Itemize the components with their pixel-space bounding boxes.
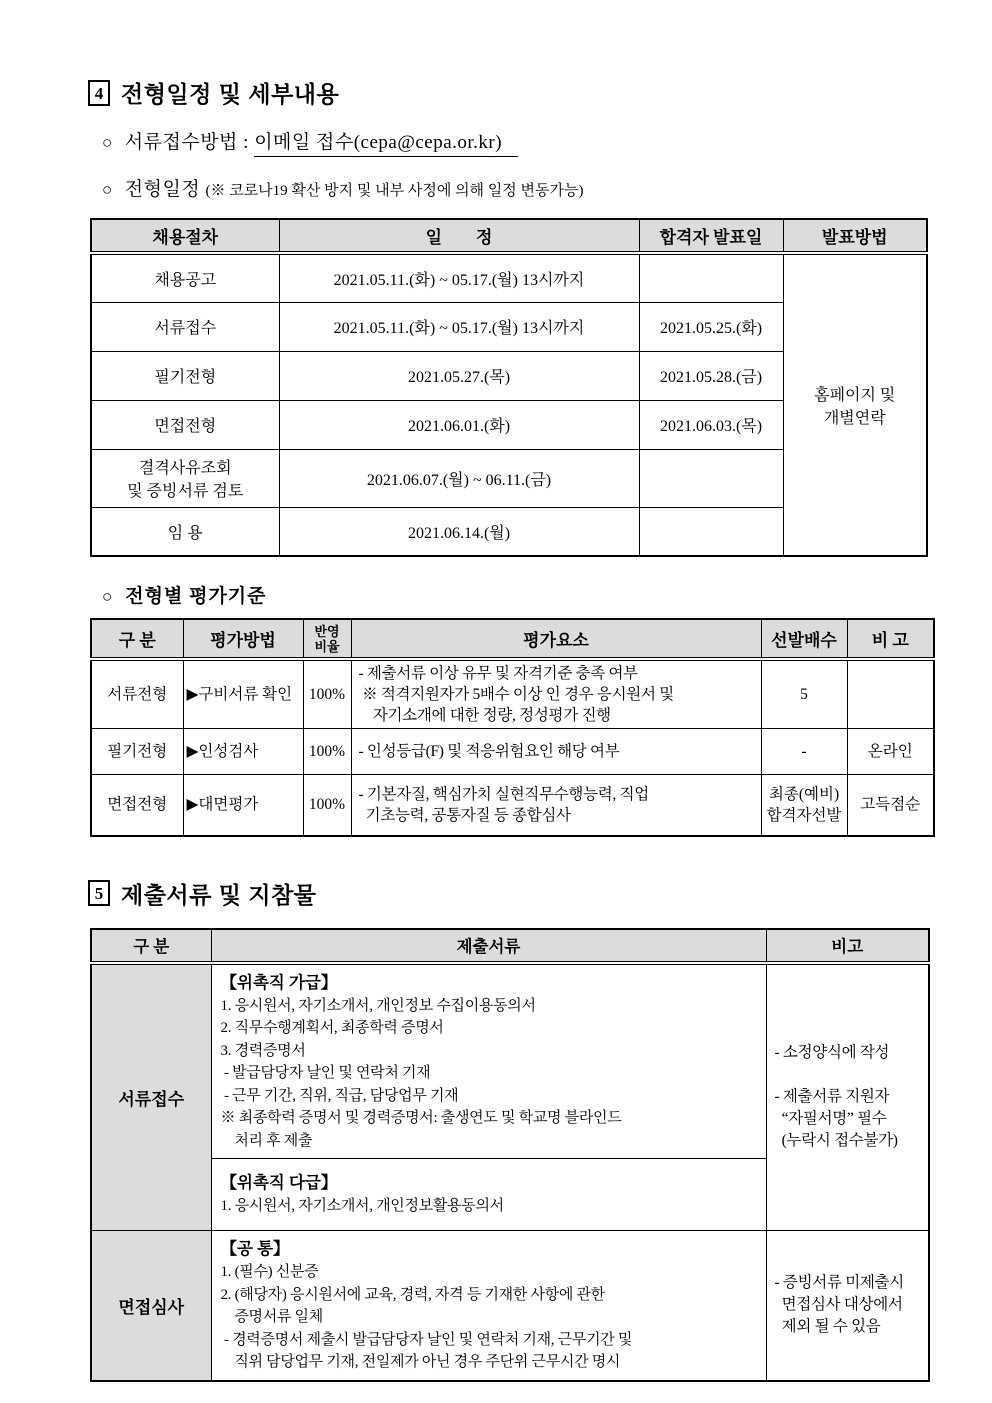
schedule-table: 채용절차 일 정 합격자 발표일 발표방법 채용공고 2021.05.11.(화… <box>90 218 928 557</box>
circle-bullet-icon: ○ <box>102 587 113 606</box>
application-method-label: 서류접수방법 : <box>125 132 254 153</box>
section-5-number-box: 5 <box>88 880 110 906</box>
schedule-announce <box>639 507 783 556</box>
criteria-elements: - 제출서류 이상 유무 및 자격기준 충족 여부 ※ 적격지원자가 5배수 이… <box>351 659 761 729</box>
section-4-number-box: 4 <box>88 80 110 106</box>
criteria-note: 고득점순 <box>847 775 934 836</box>
header-documents: 제출서류 <box>211 929 766 963</box>
submission-docs-grade-da: 【위촉직 다급】 1. 응시원서, 자기소개서, 개인정보활용동의서 <box>211 1159 766 1231</box>
table-row: 채용공고 2021.05.11.(화) ~ 05.17.(월) 13시까지 홈페… <box>91 253 927 302</box>
table-row: 면접심사 【공 통】 1. (필수) 신분증 2. (해당자) 응시원서에 교육… <box>91 1231 929 1381</box>
application-method-email: 이메일 접수(cepa@cepa.or.kr) <box>254 127 518 157</box>
criteria-ratio: 100% <box>303 775 351 836</box>
schedule-step: 채용공고 <box>91 253 279 302</box>
criteria-heading: ○전형별 평가기준 <box>102 581 992 608</box>
table-row: 서류전형 ▶구비서류 확인 100% - 제출서류 이상 유무 및 자격기준 충… <box>91 659 934 729</box>
schedule-step: 서류접수 <box>91 302 279 351</box>
application-method-line: ○서류접수방법 : 이메일 접수(cepa@cepa.or.kr) <box>102 127 992 157</box>
criteria-ratio: 100% <box>303 729 351 775</box>
schedule-announce <box>639 449 783 507</box>
section-5-heading: 5 제출서류 및 지참물 <box>88 877 992 910</box>
section-5-title: 제출서류 및 지참물 <box>121 877 317 910</box>
header-remark: 비고 <box>766 929 929 963</box>
submission-header-row: 구 분 제출서류 비고 <box>91 929 929 963</box>
header-selection-multiple: 선발배수 <box>761 619 847 659</box>
schedule-date: 2021.05.27.(목) <box>279 351 639 400</box>
criteria-method: ▶구비서류 확인 <box>183 659 303 729</box>
submission-docs-grade-ga: 【위촉직 가급】 1. 응시원서, 자기소개서, 개인정보 수집이용동의서 2.… <box>211 963 766 1159</box>
criteria-multiple: - <box>761 729 847 775</box>
schedule-announce: 2021.06.03.(목) <box>639 400 783 449</box>
criteria-ratio: 100% <box>303 659 351 729</box>
schedule-date: 2021.06.14.(월) <box>279 507 639 556</box>
section-4-title: 전형일정 및 세부내용 <box>121 76 339 109</box>
submission-note-docs: - 소정양식에 작성 - 제출서류 지원자 “자필서명” 필수 (누락시 접수불… <box>766 963 929 1231</box>
schedule-step: 면접전형 <box>91 400 279 449</box>
header-eval-method: 평가방법 <box>183 619 303 659</box>
criteria-note <box>847 659 934 729</box>
header-category: 구 분 <box>91 929 211 963</box>
criteria-multiple: 최종(예비) 합격자선발 <box>761 775 847 836</box>
schedule-step: 임 용 <box>91 507 279 556</box>
schedule-announce <box>639 253 783 302</box>
criteria-method: ▶인성검사 <box>183 729 303 775</box>
criteria-category: 서류전형 <box>91 659 183 729</box>
block-body: 1. 응시원서, 자기소개서, 개인정보활용동의서 <box>221 1195 758 1218</box>
schedule-line: ○전형일정 (※ 코로나19 확산 방지 및 내부 사정에 의해 일정 변동가능… <box>102 174 992 201</box>
schedule-header-row: 채용절차 일 정 합격자 발표일 발표방법 <box>91 219 927 253</box>
table-row: 필기전형 ▶인성검사 100% - 인성등급(F) 및 적응위험요인 해당 여부… <box>91 729 934 775</box>
criteria-table: 구 분 평가방법 반영 비율 평가요소 선발배수 비 고 서류전형 ▶구비서류 … <box>90 618 935 837</box>
header-recruit-step: 채용절차 <box>91 219 279 253</box>
criteria-elements: - 기본자질, 핵심가치 실현직무수행능력, 직업 기초능력, 공통자질 등 종… <box>351 775 761 836</box>
schedule-date: 2021.05.11.(화) ~ 05.17.(월) 13시까지 <box>279 253 639 302</box>
header-eval-elements: 평가요소 <box>351 619 761 659</box>
header-announce-date: 합격자 발표일 <box>639 219 783 253</box>
document-page: 4 전형일정 및 세부내용 ○서류접수방법 : 이메일 접수(cepa@cepa… <box>0 0 992 1403</box>
criteria-method: ▶대면평가 <box>183 775 303 836</box>
header-remark: 비 고 <box>847 619 934 659</box>
block-title: 【위촉직 가급】 <box>221 970 758 995</box>
table-row: 면접전형 ▶대면평가 100% - 기본자질, 핵심가치 실현직무수행능력, 직… <box>91 775 934 836</box>
header-announce-method: 발표방법 <box>783 219 927 253</box>
header-date: 일 정 <box>279 219 639 253</box>
section-4-heading: 4 전형일정 및 세부내용 <box>88 76 992 109</box>
block-title: 【위촉직 다급】 <box>221 1170 758 1195</box>
announce-method-cell: 홈페이지 및 개별연락 <box>783 253 927 556</box>
submission-category-docs: 서류접수 <box>91 963 211 1231</box>
submission-docs-interview: 【공 통】 1. (필수) 신분증 2. (해당자) 응시원서에 교육, 경력,… <box>211 1231 766 1381</box>
criteria-heading-text: 전형별 평가기준 <box>125 586 266 607</box>
criteria-elements: - 인성등급(F) 및 적응위험요인 해당 여부 <box>351 729 761 775</box>
header-ratio: 반영 비율 <box>303 619 351 659</box>
schedule-step: 결격사유조회 및 증빙서류 검토 <box>91 449 279 507</box>
block-body: 1. (필수) 신분증 2. (해당자) 응시원서에 교육, 경력, 자격 등 … <box>221 1261 758 1374</box>
schedule-announce: 2021.05.25.(화) <box>639 302 783 351</box>
schedule-step: 필기전형 <box>91 351 279 400</box>
schedule-covid-note: (※ 코로나19 확산 방지 및 내부 사정에 의해 일정 변동가능) <box>205 183 583 199</box>
header-category: 구 분 <box>91 619 183 659</box>
block-body: 1. 응시원서, 자기소개서, 개인정보 수집이용동의서 2. 직무수행계획서,… <box>221 995 758 1153</box>
schedule-announce: 2021.05.28.(금) <box>639 351 783 400</box>
submission-category-interview: 면접심사 <box>91 1231 211 1381</box>
submission-note-interview: - 증빙서류 미제출시 면접심사 대상에서 제외 될 수 있음 <box>766 1231 929 1381</box>
submission-table: 구 분 제출서류 비고 서류접수 【위촉직 가급】 1. 응시원서, 자기소개서… <box>90 928 930 1382</box>
criteria-category: 필기전형 <box>91 729 183 775</box>
criteria-header-row: 구 분 평가방법 반영 비율 평가요소 선발배수 비 고 <box>91 619 934 659</box>
circle-bullet-icon: ○ <box>102 133 113 152</box>
block-title: 【공 통】 <box>221 1236 758 1261</box>
circle-bullet-icon: ○ <box>102 180 113 199</box>
schedule-date: 2021.06.07.(월) ~ 06.11.(금) <box>279 449 639 507</box>
schedule-date: 2021.06.01.(화) <box>279 400 639 449</box>
schedule-label: 전형일정 <box>125 179 206 200</box>
schedule-date: 2021.05.11.(화) ~ 05.17.(월) 13시까지 <box>279 302 639 351</box>
criteria-note: 온라인 <box>847 729 934 775</box>
criteria-multiple: 5 <box>761 659 847 729</box>
table-row: 서류접수 【위촉직 가급】 1. 응시원서, 자기소개서, 개인정보 수집이용동… <box>91 963 929 1159</box>
criteria-category: 면접전형 <box>91 775 183 836</box>
